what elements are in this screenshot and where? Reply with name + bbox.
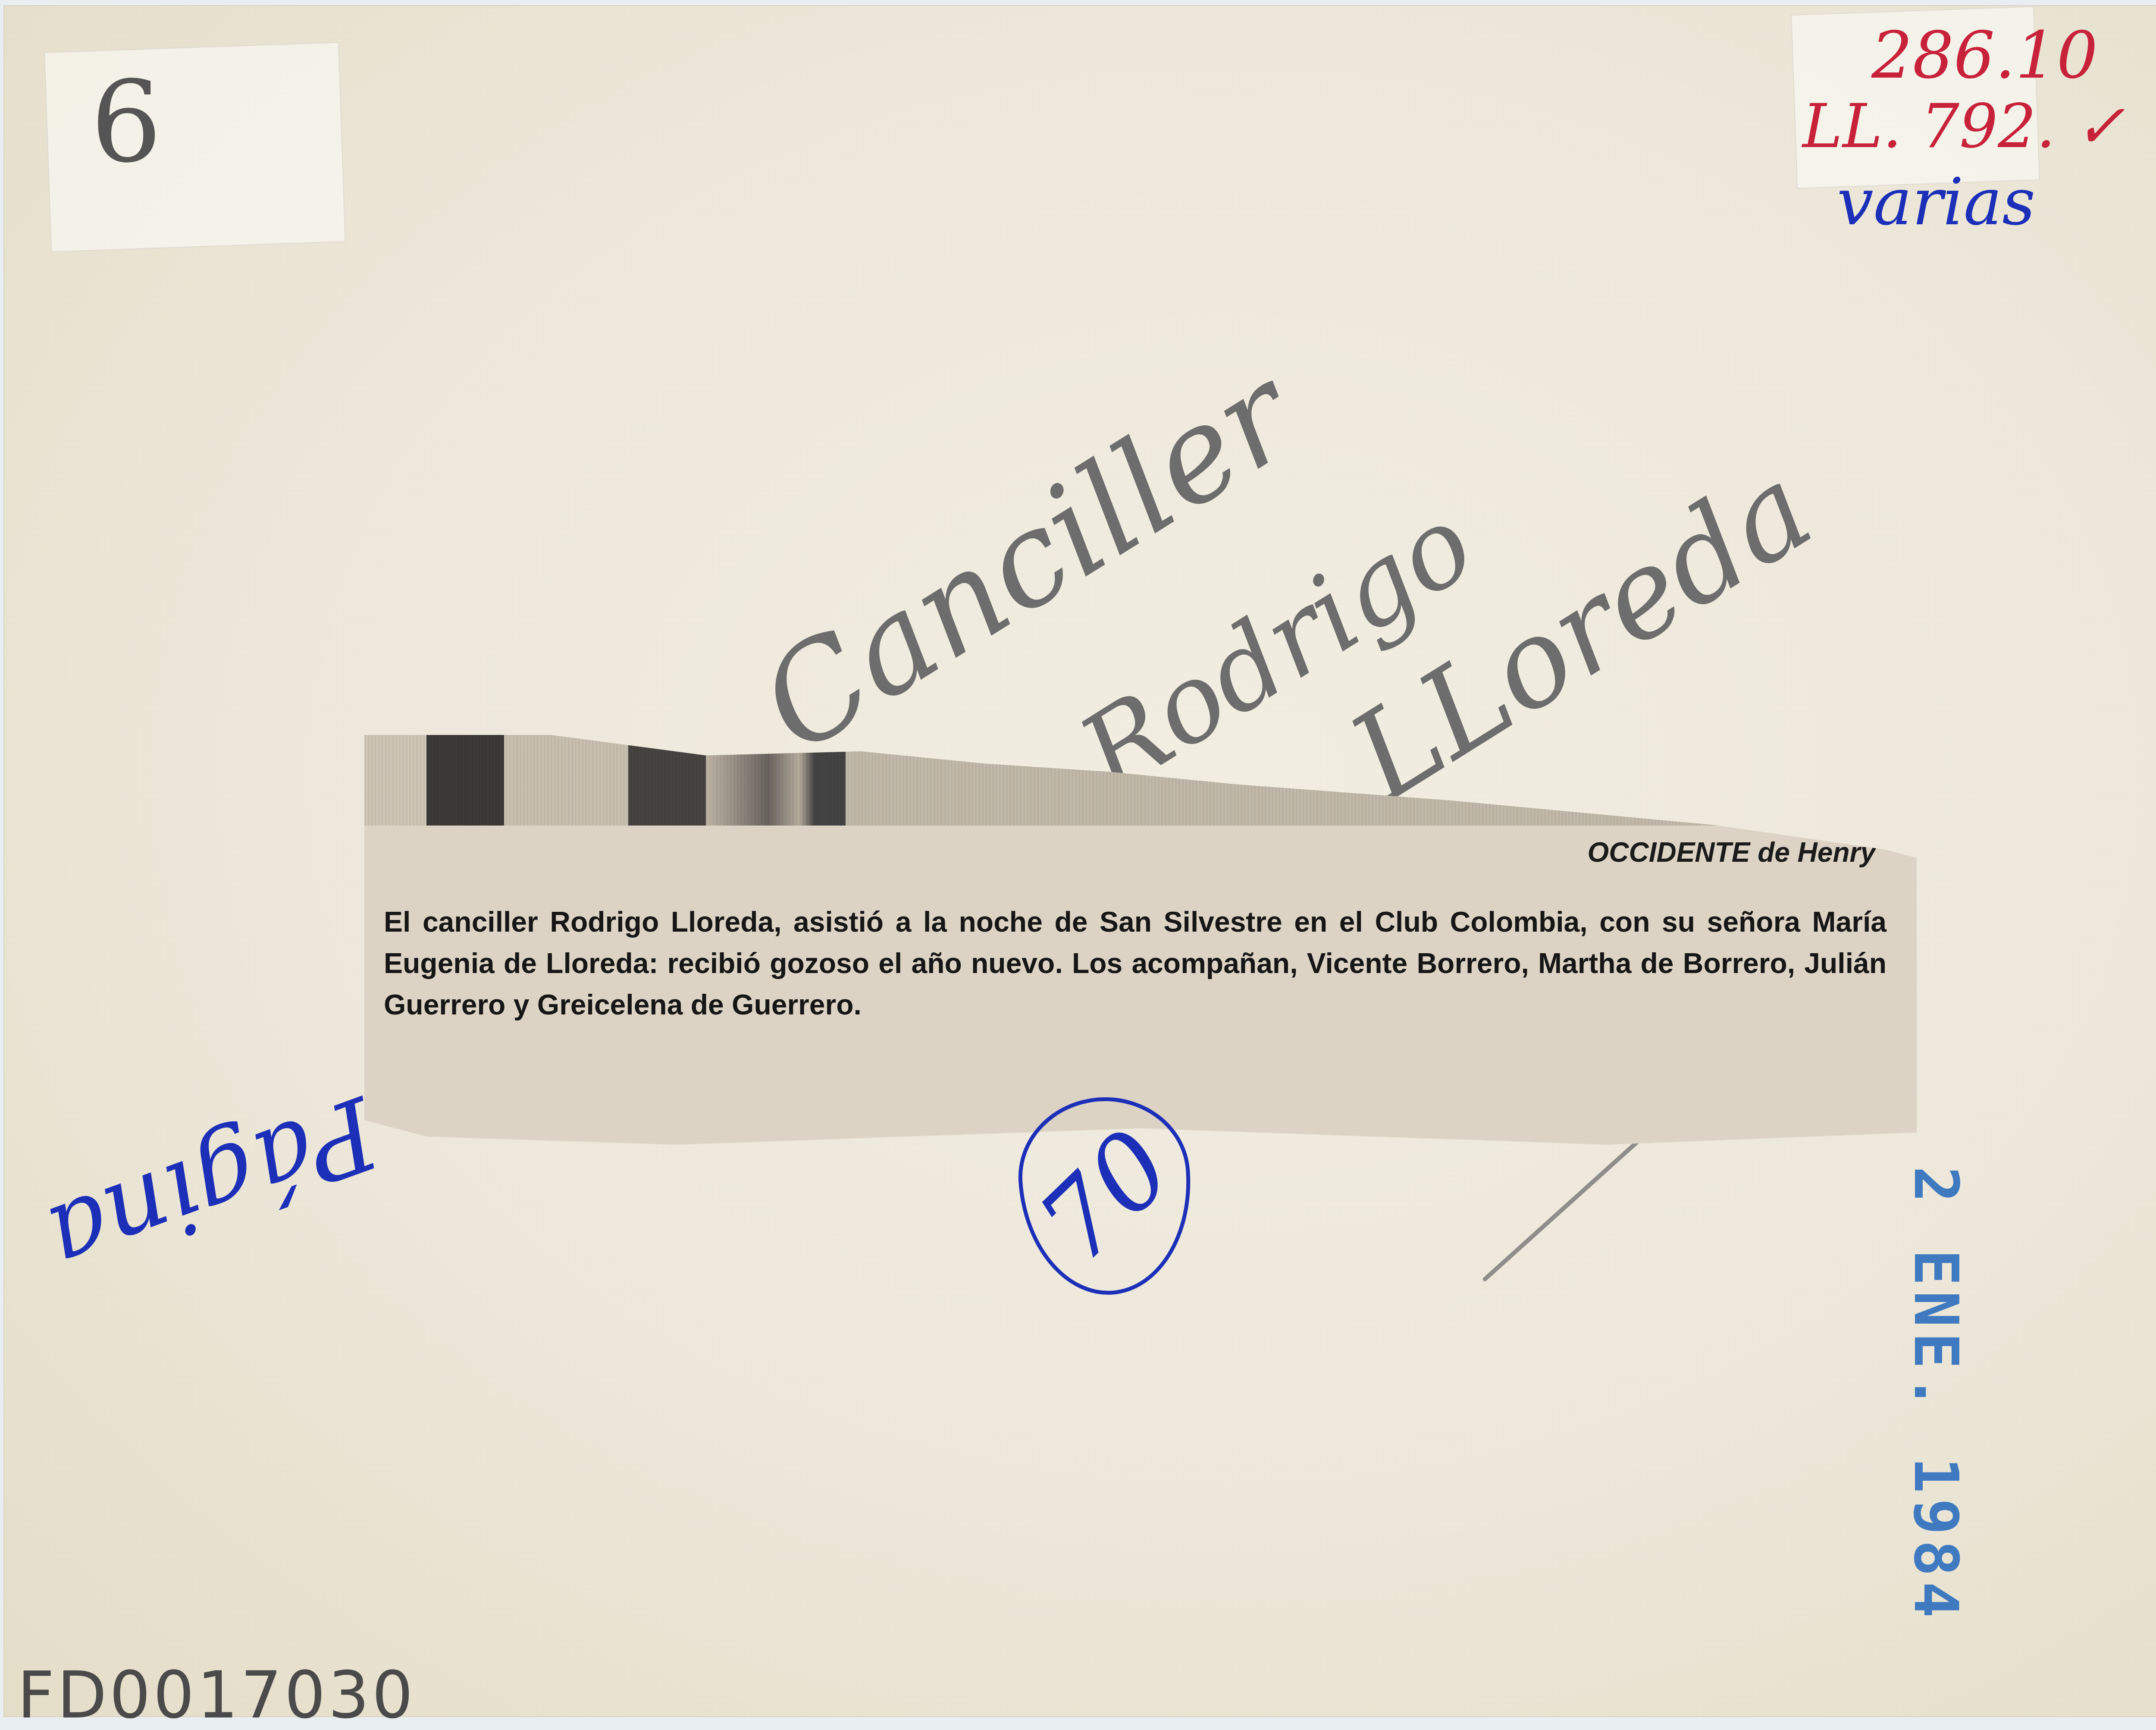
clipping-photo-credit: OCCIDENTE de Henry <box>1587 836 1876 868</box>
pencil-number: 6 <box>91 66 162 179</box>
clipping-caption: El canciller Rodrigo Lloreda, asistió a … <box>384 901 1887 1025</box>
blue-category-note: varias <box>1837 170 2035 235</box>
catalog-number: FD0017030 <box>17 1658 416 1730</box>
circled-number: 70 <box>1016 1107 1195 1285</box>
date-stamp: 2 ENE. 1984 <box>1900 1166 1971 1623</box>
newspaper-clipping: OCCIDENTE de Henry El canciller Rodrigo … <box>364 735 1917 1145</box>
blue-page-note: Página <box>36 1081 389 1290</box>
red-reference-code: 286.10 <box>1871 23 2098 88</box>
red-reference-line: LL. 792. ✓ <box>1802 97 2125 157</box>
photo-back-card: 6 286.10 LL. 792. ✓ varias Canciller Rod… <box>4 6 2156 1716</box>
date-stamp-wrapper: 2 ENE. 1984 <box>1971 1166 2156 1237</box>
tape-piece-left <box>44 42 346 252</box>
